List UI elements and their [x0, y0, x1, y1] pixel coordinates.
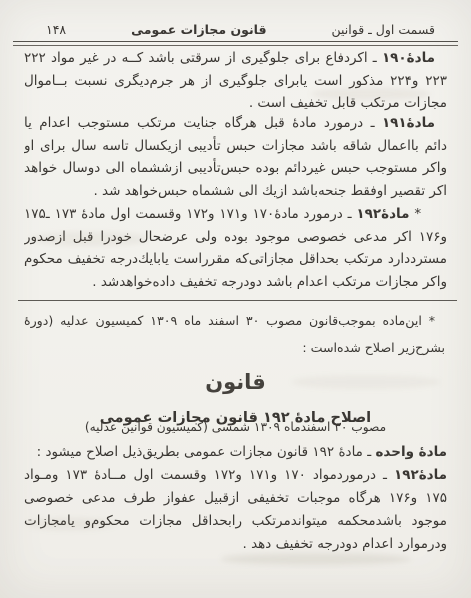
article-190-text: ـ اکردفاع برای جلوگیری از سرقتی باشد کــ… — [24, 50, 377, 66]
article-191-line-2: دائم بااعمال شاقه باشد مجازات حبس تأدیبی… — [24, 135, 447, 158]
running-header: قسمت اول ـ قوانین قانون مجازات عمومی ۱۴۸ — [46, 22, 435, 37]
law-subtitle: مصوب ۳۰ اسفندماه ۱۳۰۹ شمسی (کمیسیون قوان… — [0, 420, 471, 434]
amended-article-192: مادۀ۱۹۲ ـ درموردمواد ۱۷۰ و۱۷۱ و۱۷۲ وقسمت… — [24, 464, 447, 556]
article-192-line-2: و۱۷۶ اکر مدعی خصوصی موجود بوده ولی عرضحا… — [24, 226, 447, 249]
page-number: ۱۴۸ — [46, 22, 66, 37]
article-192-number: مادۀ۱۹۲ — [356, 206, 409, 222]
article-192-line-1: * مادۀ۱۹۲ ـ درمورد مادۀ۱۷۰ و۱۷۱ و۱۷۲ وقس… — [24, 203, 447, 226]
article-190-line-2: ۲۲۳ و۲۲۴ مذکور است یابرای جلوگیری از هر … — [24, 70, 447, 93]
footnote-text: این‌ماده بموجب‌قانون مصوب ۳۰ اسفند ماه ۱… — [24, 313, 447, 334]
article-191-number: مادۀ۱۹۱ — [382, 115, 435, 131]
article-192-line-3: مسترددارد مرتکب بحداقل مجازاتی‌که مقرراس… — [24, 248, 447, 271]
article-191-line-3: واکر مستوجب حبس غیردائم بوده حبس‌تأدیبی … — [24, 157, 447, 180]
article-191-line-1: مادۀ۱۹۱ ـ درمورد مادۀ قبل هرگاه جنایت مر… — [24, 112, 447, 135]
single-article-number: مادۀ واحده — [375, 444, 447, 460]
article-192: * مادۀ۱۹۲ ـ درمورد مادۀ۱۷۰ و۱۷۱ و۱۷۲ وقس… — [24, 203, 447, 293]
article-191: مادۀ۱۹۱ ـ درمورد مادۀ قبل هرگاه جنایت مر… — [24, 112, 447, 202]
article-192-line-4: واکر مجازات مرتکب اعدام باشد دودرجه تخفی… — [24, 271, 447, 294]
single-article: مادۀ واحده ـ مادۀ ۱۹۲ قانون مجازات عمومی… — [24, 441, 447, 464]
footnote-marker: * — [429, 313, 435, 328]
single-article-text: ـ مادۀ ۱۹۲ قانون مجازات عمومی بطریق‌ذیل … — [37, 444, 372, 460]
amended-article-192-line-4: ودرموارد اعدام دودرجه تخفیف دهد . — [24, 533, 447, 556]
law-heading: قانون — [0, 370, 471, 394]
amended-article-192-text: ـ درموردمواد ۱۷۰ و۱۷۱ و۱۷۲ وقسمت اول مــ… — [24, 467, 387, 483]
scanned-document-page: قسمت اول ـ قوانین قانون مجازات عمومی ۱۴۸… — [0, 0, 471, 598]
footnote-line-2: بشرح‌زیر اصلاح شده‌است : — [24, 334, 447, 361]
article-192-text: ـ درمورد مادۀ۱۷۰ و۱۷۱ و۱۷۲ وقسمت اول ماد… — [24, 206, 352, 222]
footnote: * این‌ماده بموجب‌قانون مصوب ۳۰ اسفند ماه… — [24, 307, 447, 361]
header-rule — [13, 41, 458, 46]
amended-article-192-line-2: ۱۷۵ و۱۷۶ هرگاه موجبات تخفیفی ازقبیل عفوا… — [24, 487, 447, 510]
article-190-number: مادۀ۱۹۰ — [382, 50, 435, 66]
amended-article-192-line-1: مادۀ۱۹۲ ـ درموردمواد ۱۷۰ و۱۷۱ و۱۷۲ وقسمت… — [24, 464, 447, 487]
amended-article-192-line-3: موجود باشدمحکمه میتواندمرتکب رابحداقل مج… — [24, 510, 447, 533]
article-191-line-4: اکر تقصیر اوفقط جنحه‌باشد ازیك الی ششماه… — [24, 180, 447, 203]
header-section: قسمت اول ـ قوانین — [332, 22, 435, 37]
footnote-line-1: * این‌ماده بموجب‌قانون مصوب ۳۰ اسفند ماه… — [24, 307, 447, 334]
footnote-separator — [18, 300, 457, 301]
amended-article-192-number: مادۀ۱۹۲ — [394, 467, 447, 483]
article-190-line-1: مادۀ۱۹۰ ـ اکردفاع برای جلوگیری از سرقتی … — [24, 47, 447, 70]
single-article-line: مادۀ واحده ـ مادۀ ۱۹۲ قانون مجازات عمومی… — [24, 441, 447, 464]
article-190: مادۀ۱۹۰ ـ اکردفاع برای جلوگیری از سرقتی … — [24, 47, 447, 115]
header-title: قانون مجازات عمومی — [131, 22, 266, 37]
footnote-asterisk: * — [414, 206, 421, 222]
